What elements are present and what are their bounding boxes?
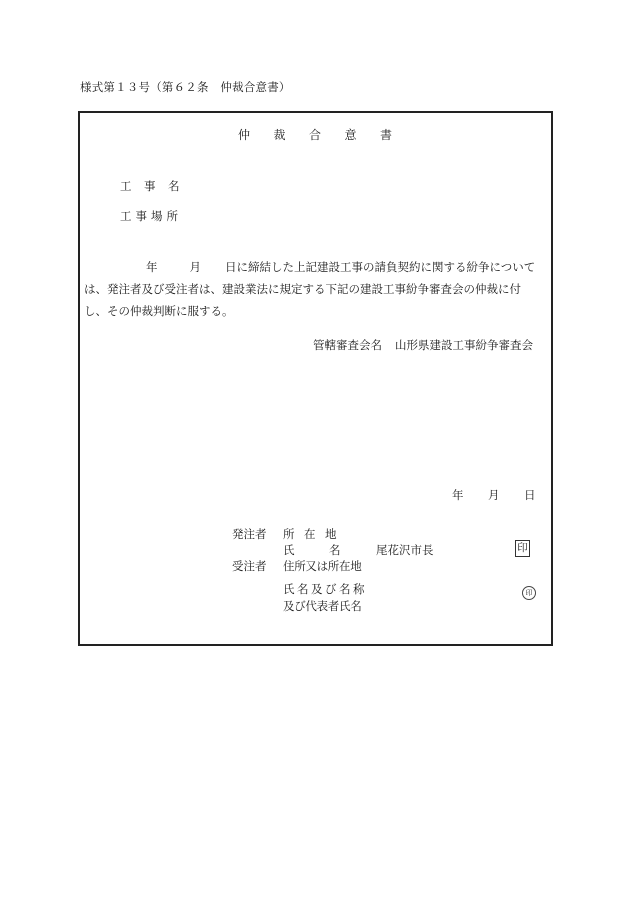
title-char: 書 [380,129,416,141]
contractor-address-label: 住所又は所在地 [283,561,361,573]
label-char: 場 [151,211,167,223]
square-seal-icon: 印 [515,540,530,557]
label-char: 名 [329,545,341,557]
circle-seal-icon: 印 [522,586,536,600]
contractor-name-label: 氏名及び名称 [283,584,367,596]
title-char: 合 [309,129,345,141]
council-label: 管轄審査会名 [313,338,382,352]
label-char: 名 [168,181,192,193]
orderer-address-label: 所在地 [283,529,337,541]
council-name: 管轄審査会名山形県建設工事紛争審査会 [313,340,533,352]
label-char: 事 [136,211,152,223]
label-char: 地 [325,529,337,541]
label-char: 氏 [283,545,329,557]
contractor-role: 受注者 [232,561,267,573]
construction-name-label: 工事名 [120,181,192,193]
signature-date: 年月日 [452,490,536,502]
year-label: 年 [146,260,158,274]
label-char: 工 [120,211,136,223]
label-char: 事 [144,181,168,193]
construction-site-label: 工事場所 [120,211,182,223]
date-year-label: 年 [452,490,488,502]
date-month-label: 月 [488,490,524,502]
document-title: 仲 裁 合 意 書 [238,129,416,141]
title-char: 仲 [238,129,274,141]
label-char: 在 [304,529,325,541]
agreement-line-3: し、その仲裁判断に服する。 [84,300,550,322]
agreement-line-2: は、発注者及び受注者は、建設業法に規定する下記の建設工事紛争審査会の仲裁に付 [84,278,550,300]
month-label: 月 [190,260,202,274]
agreement-line-1: 年月日に締結した上記建設工事の請負契約に関する紛争について [84,256,550,278]
contractor-representative-label: 及び代表者氏名 [283,601,361,613]
orderer-name-value: 尾花沢市長 [376,545,434,557]
title-char: 裁 [274,129,310,141]
title-char: 意 [345,129,381,141]
orderer-role: 発注者 [232,529,267,541]
form-number: 様式第１３号（第６２条 仲裁合意書） [80,82,291,94]
label-char: 所 [167,211,183,223]
date-day-label: 日 [524,490,536,502]
label-char: 工 [120,181,144,193]
agreement-line-1-text: 日に締結した上記建設工事の請負契約に関する紛争について [225,260,535,274]
agreement-text: 年月日に締結した上記建設工事の請負契約に関する紛争について は、発注者及び受注者… [84,256,550,322]
label-char: 所 [283,529,304,541]
orderer-name-label: 氏名 [283,545,341,557]
council-value: 山形県建設工事紛争審査会 [395,338,533,352]
